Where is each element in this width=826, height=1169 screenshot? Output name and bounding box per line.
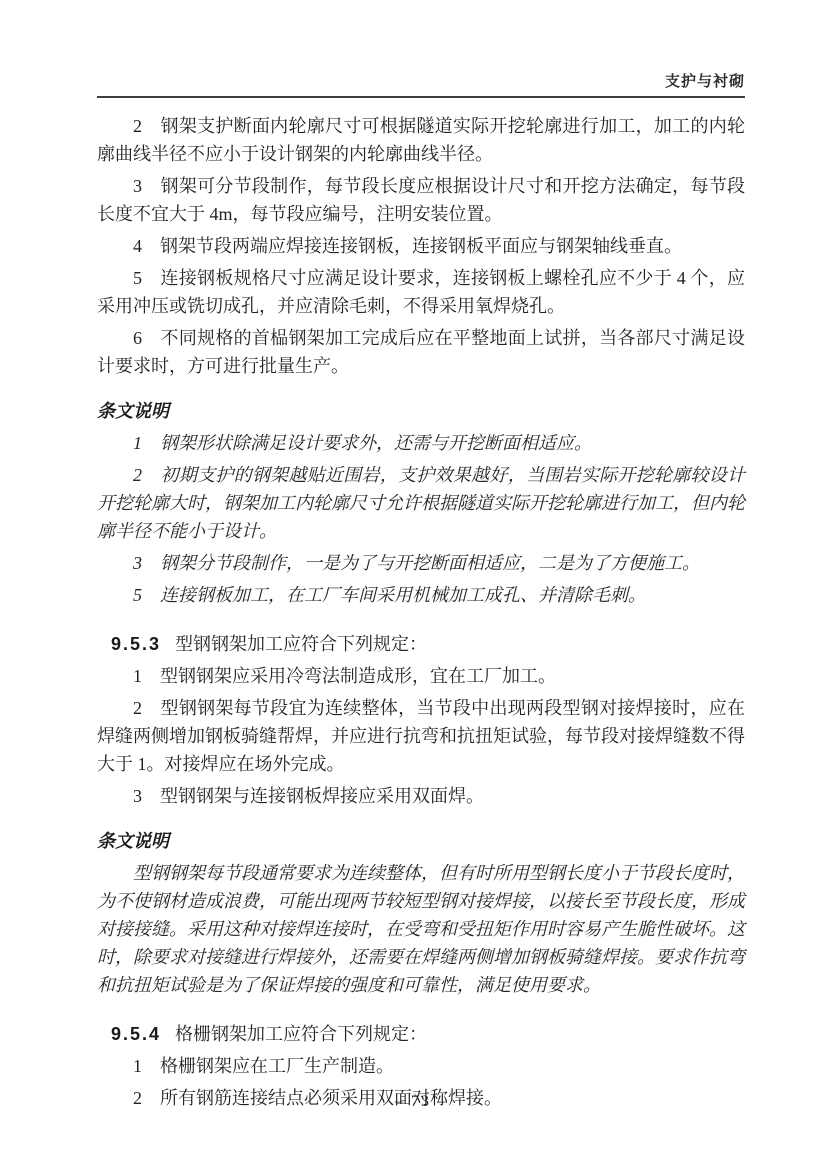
- header-running-title: 支护与衬砌: [665, 73, 745, 90]
- explanation-item: 5 连接钢板加工，在工厂车间采用机械加工成孔、并清除毛刺。: [97, 581, 745, 609]
- clause-item: 2 钢架支护断面内轮廓尺寸可根据隧道实际开挖轮廓进行加工，加工的内轮廓曲线半径不…: [97, 112, 745, 168]
- explanation-item: 2 初期支护的钢架越贴近围岩，支护效果越好，当围岩实际开挖轮廓较设计开挖轮廓大时…: [97, 461, 745, 545]
- section-heading: 9.5.4格栅钢架加工应符合下列规定：: [97, 1020, 745, 1048]
- section-number: 9.5.4: [111, 1024, 161, 1044]
- explanation-item: 1 钢架形状除满足设计要求外，还需与开挖断面相适应。: [97, 429, 745, 457]
- clause-item: 2 型钢钢架每节段宜为连续整体，当节段中出现两段型钢对接焊接时，应在焊缝两侧增加…: [97, 694, 745, 778]
- explanation-item: 3 钢架分节段制作，一是为了与开挖断面相适应，二是为了方便施工。: [97, 549, 745, 577]
- section-heading: 9.5.3型钢钢架加工应符合下列规定：: [97, 630, 745, 658]
- page-footer: – 73 –: [97, 1093, 745, 1111]
- document-body: 2 钢架支护断面内轮廓尺寸可根据隧道实际开挖轮廓进行加工，加工的内轮廓曲线半径不…: [97, 112, 745, 1112]
- clause-item: 1 型钢钢架应采用冷弯法制造成形，宜在工厂加工。: [97, 662, 745, 690]
- clause-item: 1 格栅钢架应在工厂生产制造。: [97, 1052, 745, 1080]
- section-title: 型钢钢架加工应符合下列规定：: [175, 634, 427, 654]
- clause-item: 4 钢架节段两端应焊接连接钢板，连接钢板平面应与钢架轴线垂直。: [97, 232, 745, 260]
- page-number: – 73 –: [395, 1093, 447, 1110]
- explanation-heading: 条文说明: [97, 397, 745, 425]
- clause-item: 3 型钢钢架与连接钢板焊接应采用双面焊。: [97, 782, 745, 810]
- section-number: 9.5.3: [111, 634, 161, 654]
- page-header: 支护与衬砌: [97, 70, 745, 98]
- clause-item: 6 不同规格的首榀钢架加工完成后应在平整地面上试拼，当各部尺寸满足设计要求时，方…: [97, 324, 745, 380]
- clause-item: 5 连接钢板规格尺寸应满足设计要求，连接钢板上螺栓孔应不少于 4 个，应采用冲压…: [97, 264, 745, 320]
- explanation-heading: 条文说明: [97, 827, 745, 855]
- section-title: 格栅钢架加工应符合下列规定：: [175, 1024, 427, 1044]
- page-content: 支护与衬砌 2 钢架支护断面内轮廓尺寸可根据隧道实际开挖轮廓进行加工，加工的内轮…: [97, 0, 745, 1112]
- explanation-paragraph: 型钢钢架每节段通常要求为连续整体，但有时所用型钢长度小于节段长度时，为不使钢材造…: [97, 859, 745, 999]
- document-page: 支护与衬砌 2 钢架支护断面内轮廓尺寸可根据隧道实际开挖轮廓进行加工，加工的内轮…: [0, 0, 826, 1169]
- clause-item: 3 钢架可分节段制作，每节段长度应根据设计尺寸和开挖方法确定，每节段长度不宜大于…: [97, 172, 745, 228]
